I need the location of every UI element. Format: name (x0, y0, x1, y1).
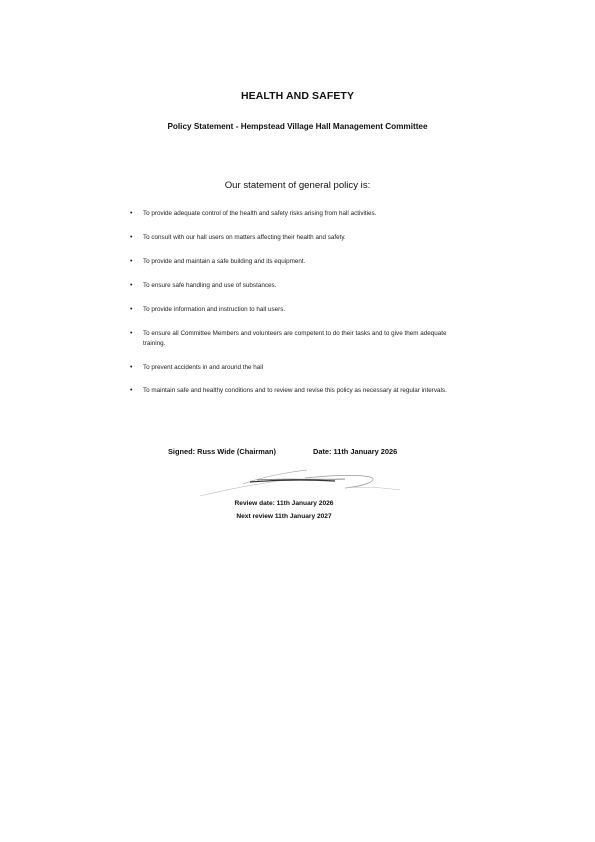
signed-by: Signed: Russ Wide (Chairman) (168, 447, 276, 456)
signature-image (195, 466, 405, 502)
bullet-icon: • (130, 305, 132, 315)
bullet-icon: • (130, 257, 132, 267)
review-date: Review date: 11th January 2026 (0, 498, 568, 511)
policy-intro: Our statement of general policy is: (0, 180, 595, 191)
policy-item: •To provide adequate control of the heal… (130, 209, 450, 219)
policy-item: •To provide and maintain a safe building… (130, 257, 450, 267)
bullet-icon: • (130, 386, 132, 396)
policy-item: •To ensure all Committee Members and vol… (130, 329, 450, 348)
policy-item: •To maintain safe and healthy conditions… (130, 386, 450, 396)
bullet-icon: • (130, 281, 132, 291)
policy-item: •To ensure safe handling and use of subs… (130, 281, 450, 291)
bullet-icon: • (130, 329, 132, 339)
document-title: HEALTH AND SAFETY (0, 90, 595, 102)
bullet-icon: • (130, 209, 132, 219)
bullet-icon: • (130, 233, 132, 243)
document-subtitle: Policy Statement - Hempstead Village Hal… (0, 122, 595, 131)
policy-item: •To consult with our hall users on matte… (130, 233, 450, 243)
policy-list: •To provide adequate control of the heal… (130, 209, 450, 410)
policy-item: •To prevent accidents in and around the … (130, 363, 450, 373)
next-review-date: Next review 11th January 2027 (0, 511, 568, 524)
policy-item: •To provide information and instruction … (130, 305, 450, 315)
signed-date: Date: 11th January 2026 (313, 447, 397, 456)
review-block: Review date: 11th January 2026 Next revi… (0, 498, 568, 523)
bullet-icon: • (130, 363, 132, 373)
